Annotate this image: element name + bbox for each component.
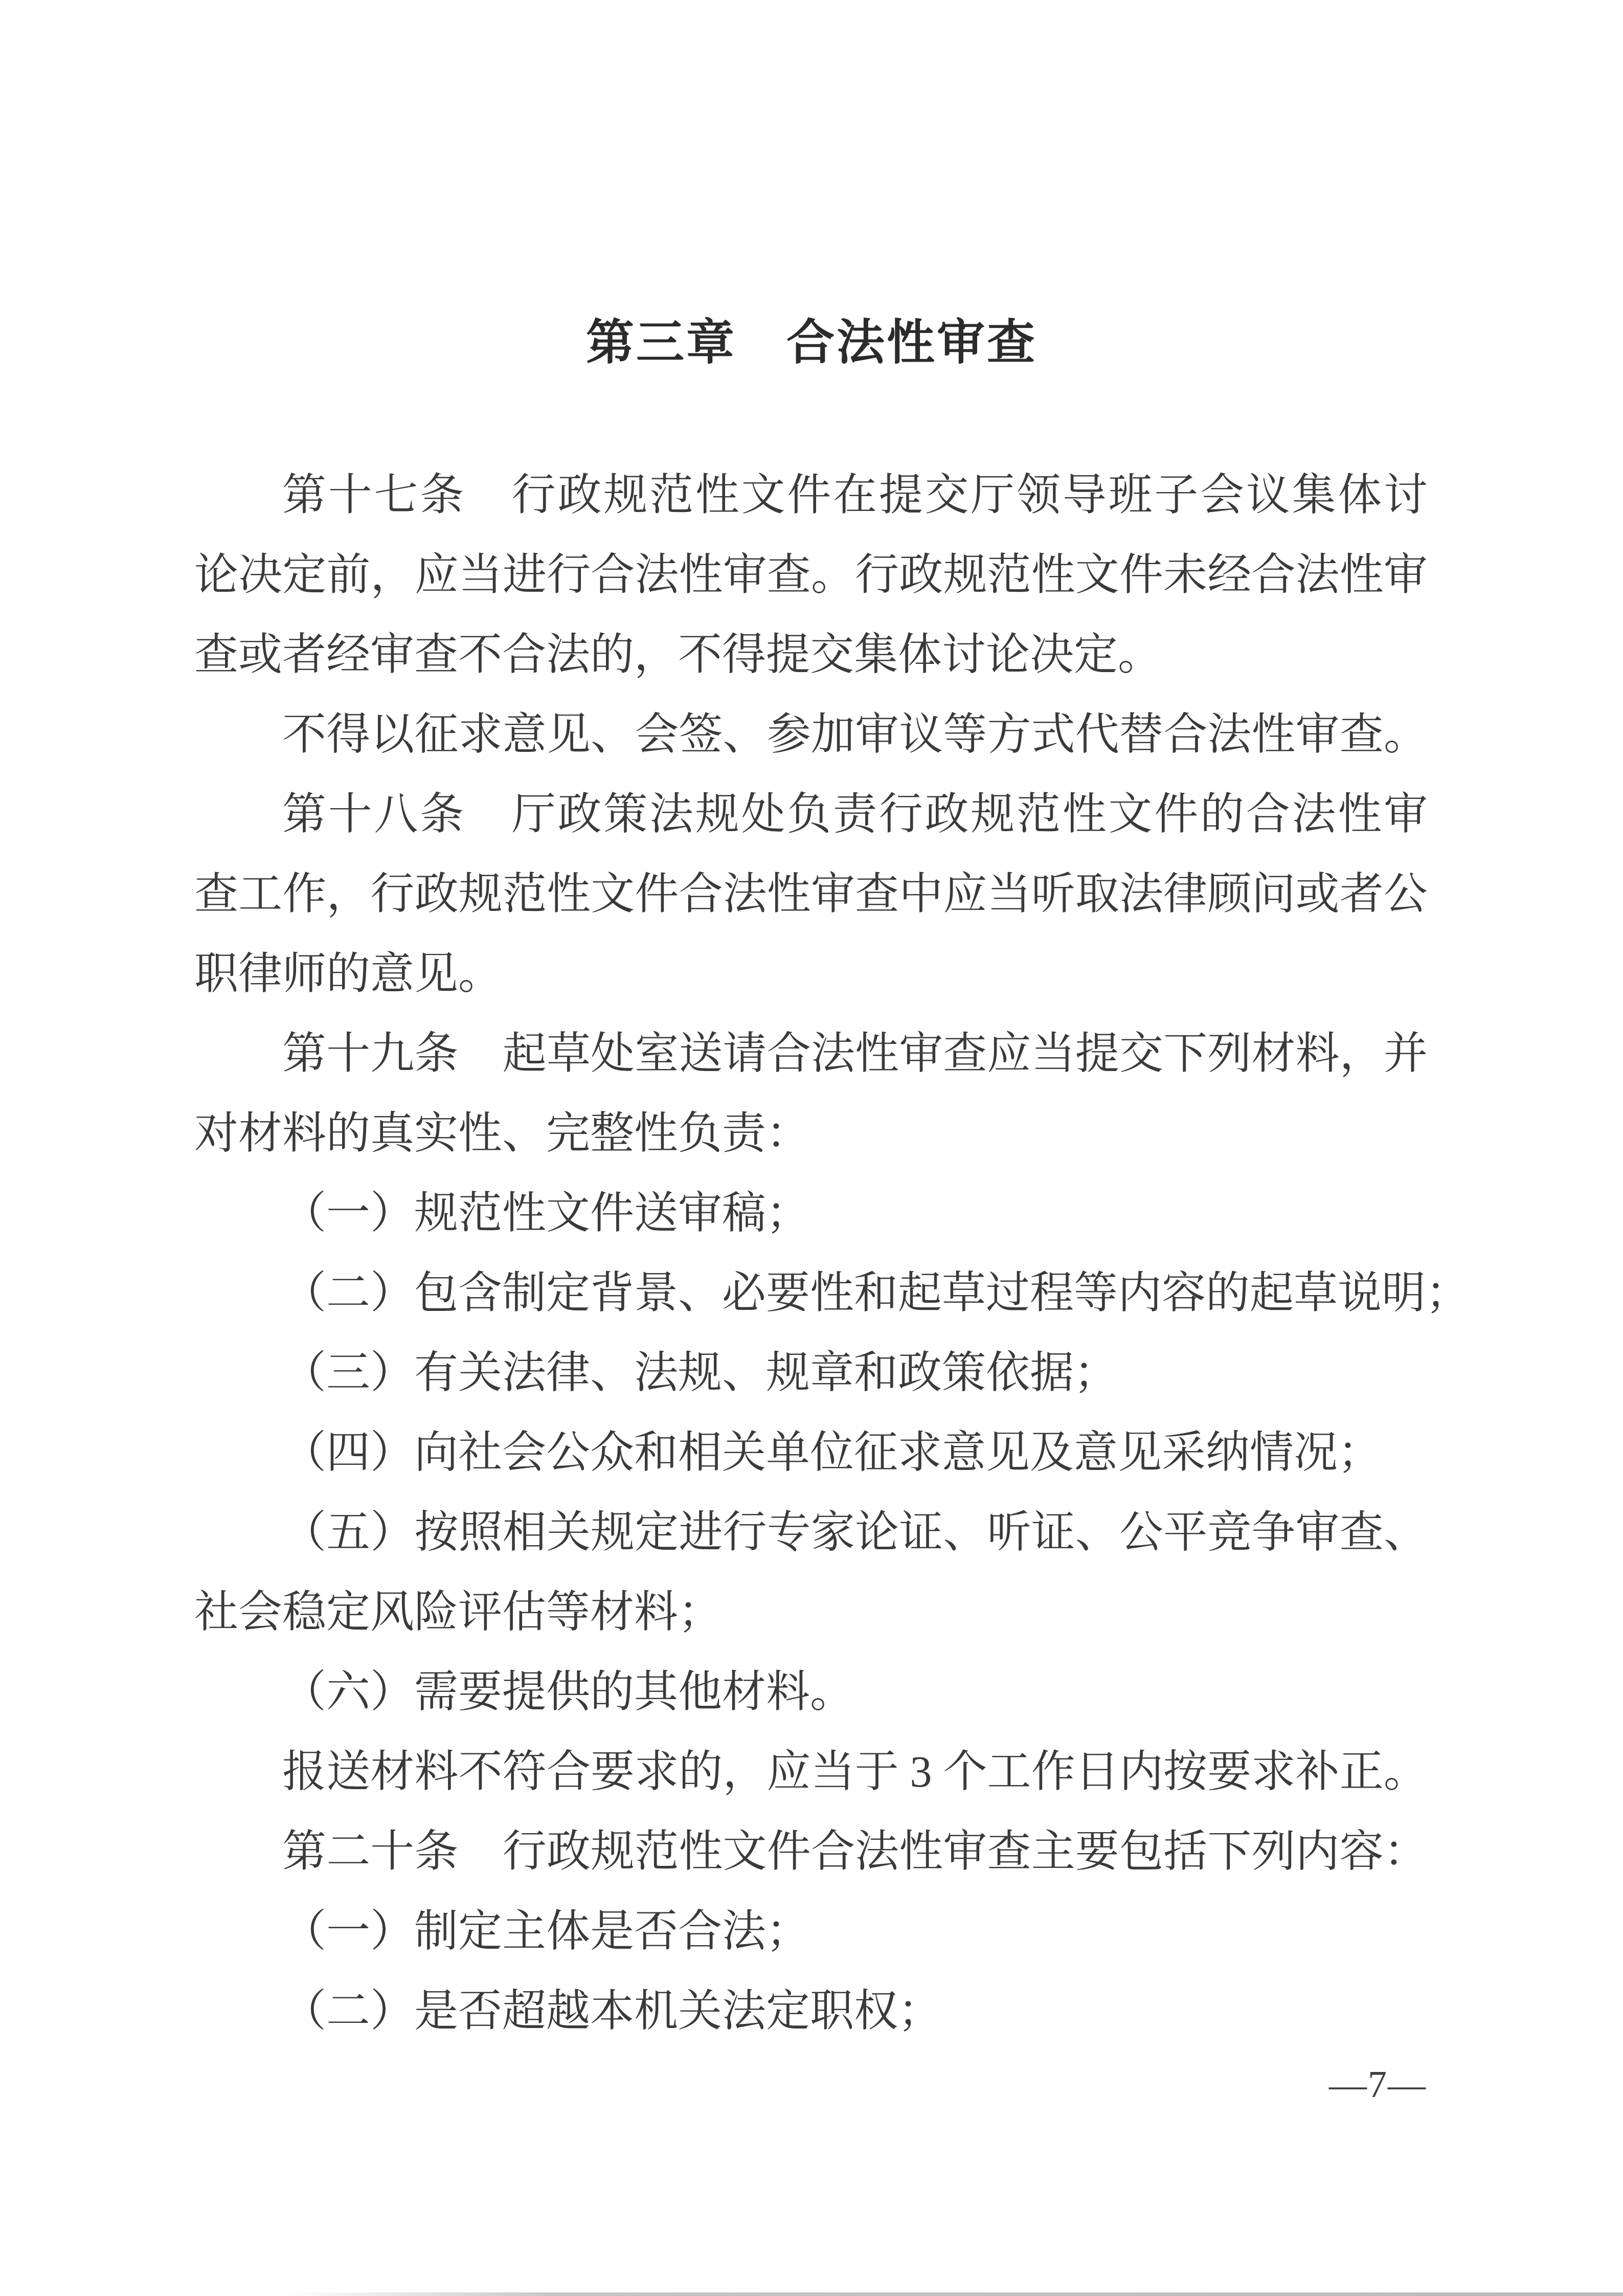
text-line: 职律师的意见。 — [194, 934, 1428, 1014]
text-line: 不得以征求意见、会签、参加审议等方式代替合法性审查。 — [194, 695, 1428, 774]
text-line: （六）需要提供的其他材料。 — [194, 1652, 1428, 1732]
chapter-title: 第三章 合法性审查 — [0, 307, 1623, 378]
text-line: （一）规范性文件送审稿； — [194, 1173, 1428, 1253]
text-line: 第二十条 行政规范性文件合法性审查主要包括下列内容： — [194, 1812, 1428, 1891]
text-line: 第十八条 厅政策法规处负责行政规范性文件的合法性审 — [194, 774, 1428, 854]
text-line: 第十七条 行政规范性文件在提交厅领导班子会议集体讨 — [194, 455, 1428, 535]
text-line: （二）包含制定背景、必要性和起草过程等内容的起草说明； — [194, 1253, 1428, 1333]
text-line: 报送材料不符合要求的，应当于 3 个工作日内按要求补正。 — [194, 1732, 1428, 1812]
page-number: —7— — [1329, 2054, 1427, 2115]
text-line: 论决定前，应当进行合法性审查。行政规范性文件未经合法性审 — [194, 535, 1428, 615]
text-line: （一）制定主体是否合法； — [194, 1891, 1428, 1971]
text-line: （五）按照相关规定进行专家论证、听证、公平竞争审查、 — [194, 1492, 1428, 1572]
text-line: （三）有关法律、法规、规章和政策依据； — [194, 1333, 1428, 1413]
document-page: 第三章 合法性审查 第十七条 行政规范性文件在提交厅领导班子会议集体讨论决定前，… — [0, 0, 1623, 2296]
text-line: 社会稳定风险评估等材料； — [194, 1572, 1428, 1652]
text-line: （四）向社会公众和相关单位征求意见及意见采纳情况； — [194, 1413, 1428, 1492]
text-line: 对材料的真实性、完整性负责： — [194, 1094, 1428, 1173]
document-lines: 第十七条 行政规范性文件在提交厅领导班子会议集体讨论决定前，应当进行合法性审查。… — [194, 455, 1428, 2051]
text-line: 查或者经审查不合法的，不得提交集体讨论决定。 — [194, 615, 1428, 695]
text-line: （二）是否超越本机关法定职权； — [194, 1971, 1428, 2051]
text-line: 第十九条 起草处室送请合法性审查应当提交下列材料，并 — [194, 1014, 1428, 1094]
scan-edge-artifact — [286, 2292, 1623, 2296]
text-line: 查工作，行政规范性文件合法性审查中应当听取法律顾问或者公 — [194, 854, 1428, 934]
